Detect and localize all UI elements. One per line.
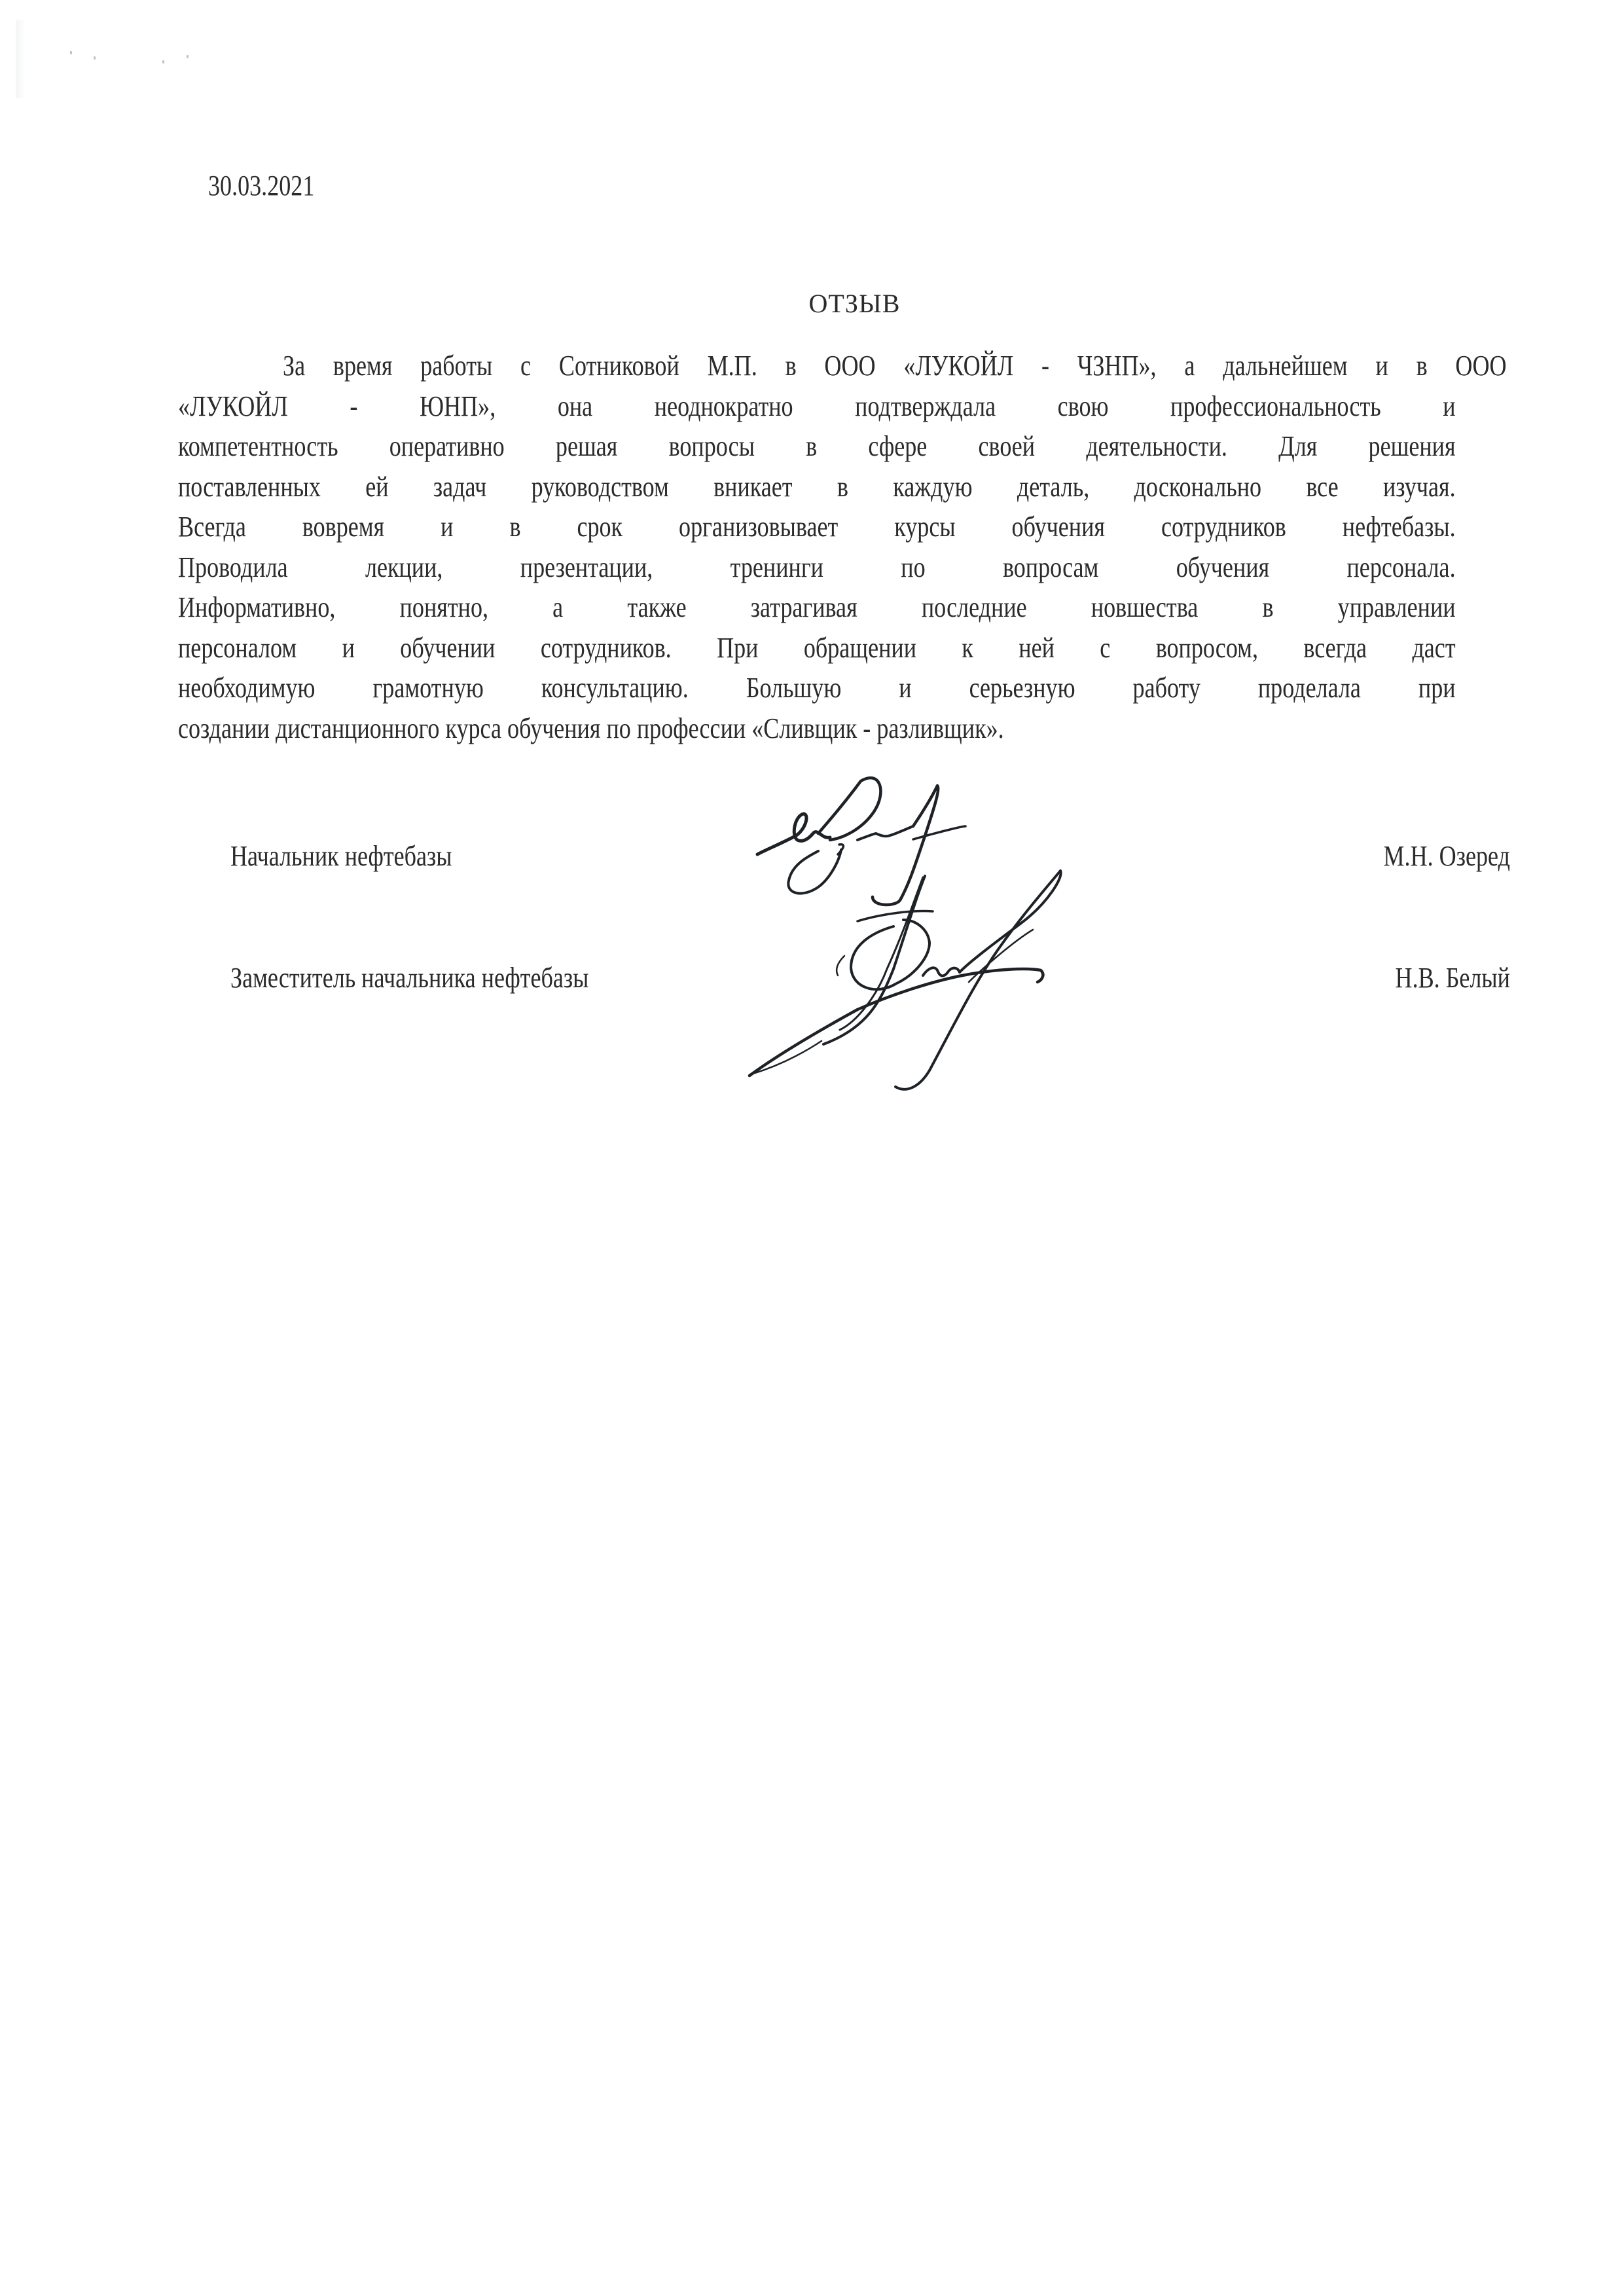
body-line: персоналом и обучении сотрудников. При о… <box>178 628 1456 668</box>
body-line: За время работы с Сотниковой М.П. в ООО … <box>283 346 1507 386</box>
scan-speck <box>94 56 96 60</box>
scan-speck <box>187 55 189 58</box>
body-line: необходимую грамотную консультацию. Боль… <box>178 668 1456 708</box>
signatory-position: Начальник нефтебазы <box>230 839 452 873</box>
body-line: Информативно, понятно, а также затрагива… <box>178 587 1456 628</box>
scan-speck <box>70 51 72 54</box>
body-line: Всегда вовремя и в срок организовывает к… <box>178 507 1456 547</box>
document-title: ОТЗЫВ <box>0 288 1624 319</box>
scan-edge-artifact <box>16 20 25 98</box>
signatory-name: Н.В. Белый <box>1396 961 1510 994</box>
body-line: «ЛУКОЙЛ - ЮНП», она неоднократно подтвер… <box>178 386 1456 427</box>
scan-speck <box>162 60 164 64</box>
body-line: Проводила лекции, презентации, тренинги … <box>178 547 1456 588</box>
body-line: поставленных ей задач руководством вника… <box>178 467 1456 507</box>
document-body: За время работы с Сотниковой М.П. в ООО … <box>230 346 1508 748</box>
signatory-position: Заместитель начальника нефтебазы <box>230 961 588 994</box>
body-line: создании дистанционного курса обучения п… <box>178 708 1456 749</box>
signatory-name: М.Н. Озеред <box>1384 839 1510 873</box>
signatory-row-head: Начальник нефтебазы М.Н. Озеред <box>230 839 1510 873</box>
signatory-row-deputy: Заместитель начальника нефтебазы Н.В. Бе… <box>230 961 1510 994</box>
handwritten-signatures <box>0 0 1624 2296</box>
document-date: 30.03.2021 <box>208 169 314 202</box>
document-page: 30.03.2021 ОТЗЫВ За время работы с Сотни… <box>0 0 1624 2296</box>
body-line: компетентность оперативно решая вопросы … <box>178 426 1456 467</box>
